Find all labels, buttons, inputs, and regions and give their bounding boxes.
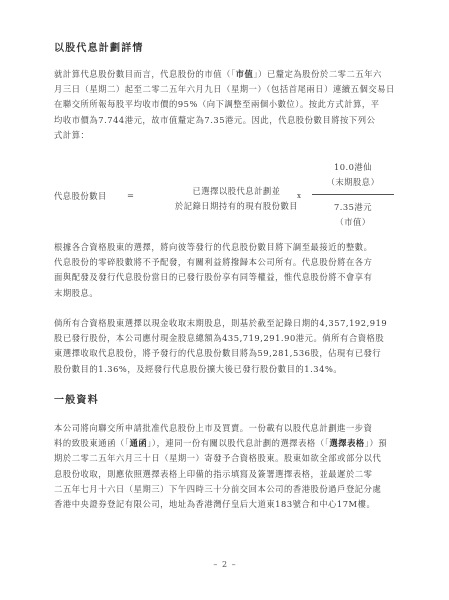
text-line: 股份數目的1.36%，及經發行代息股份擴大後已發行股份數目的1.34%。 (54, 362, 396, 377)
formula-denominator-label: （市值） (312, 215, 394, 230)
text-line: 東選擇收取代息股份，將予發行的代息股份數目將為59,281,536股，佔現有已發… (54, 346, 396, 361)
text-line: 本公司將向聯交所申請批准代息股份上市及買賣。一份載有以股代息計劃進一步資 (54, 421, 396, 436)
fraction-bar (312, 194, 394, 195)
text-line: 就計算代息股份數目而言，代息股份的市值（「市值」）已釐定為股份於二零二五年六 (54, 67, 396, 82)
text-line: 代息股份的零碎股數將不予配發，有關利益將撥歸本公司所有。代息股份將在各方 (54, 255, 396, 270)
text-line: 均收市價為7.744港元，故市值釐定為7.35港元。因此，代息股份數目將按下列公 (54, 113, 396, 128)
text-line: 末期股息。 (54, 286, 396, 301)
formula-middle-line-2: 於記錄日期持有的現有股份數目 (149, 199, 324, 214)
text-line: 期於二零二五年六月三十日（星期一）寄發予合資格股東。股東如欲全部或部分以代 (54, 451, 396, 466)
text-line: 香港中央證券登記有限公司，地址為香港灣仔皇后大道東183號合和中心17M樓。 (54, 497, 396, 512)
defined-term-election-form: 選擇表格 (329, 438, 364, 448)
formula-times: x (297, 192, 301, 200)
formula-equals: = (127, 190, 134, 200)
formula-fraction: 10.0港仙 （末期股息） 7.35港元 （市值） (312, 160, 394, 230)
text-line: 在聯交所所報每股平均收市價的95%（向下調整至兩個小數位）。按此方式計算，平 (54, 97, 396, 112)
section-heading-general-information: 一般資料 (54, 391, 99, 406)
paragraph-market-value: 就計算代息股份數目而言，代息股份的市值（「市值」）已釐定為股份於二零二五年六 月… (54, 67, 396, 143)
defined-term-circular: 通函 (129, 438, 147, 448)
scrip-share-formula: 代息股份數目 = 已選擇以股代息計劃並 於記錄日期持有的現有股份數目 x 10.… (54, 160, 396, 235)
formula-numerator-label: （末期股息） (312, 175, 394, 190)
text-line: 式計算： (54, 128, 396, 143)
section-heading-scrip-dividend-details: 以股代息計劃詳情 (54, 39, 144, 54)
text-line: 面與配發及發行代息股份當日的已發行股份享有同等權益，惟代息股份將不會享有 (54, 270, 396, 285)
paragraph-general-information: 本公司將向聯交所申請批准代息股份上市及買賣。一份載有以股代息計劃進一步資 料的致… (54, 421, 396, 512)
paragraph-rounding: 根據各合資格股東的選擇，將向彼等發行的代息股份數目將下調至最接近的整數。 代息股… (54, 240, 396, 301)
text-line: 料的致股東通函（「通函」），連同一份有關以股代息計劃的選擇表格（「選擇表格」）預 (54, 436, 396, 451)
defined-term-market-value: 市值 (236, 69, 254, 79)
text-line: 二五年七月十六日（星期三）下午四時三十分前交回本公司的香港股份過戶登記分處 (54, 482, 396, 497)
paragraph-cash-dividend: 倘所有合資格股東選擇以現金收取末期股息，則基於截至記錄日期的4,357,192,… (54, 316, 396, 377)
page-number: – 2 – (54, 560, 396, 569)
text-line: 息股份收取，則應依照選擇表格上印備的指示填寫及簽署選擇表格，並最遲於二零 (54, 467, 396, 482)
text-line: 月三日（星期二）起至二零二五年六月九日（星期一）（包括首尾兩日）連續五個交易日 (54, 82, 396, 97)
text-line: 倘所有合資格股東選擇以現金收取末期股息，則基於截至記錄日期的4,357,192,… (54, 316, 396, 331)
text-line: 根據各合資格股東的選擇，將向彼等發行的代息股份數目將下調至最接近的整數。 (54, 240, 396, 255)
formula-numerator-value: 10.0港仙 (312, 160, 394, 175)
formula-denominator-value: 7.35港元 (312, 200, 394, 215)
formula-lhs: 代息股份數目 (54, 190, 107, 202)
text-line: 股已發行股份，本公司應付現金股息總額為435,719,291.90港元。倘所有合… (54, 331, 396, 346)
